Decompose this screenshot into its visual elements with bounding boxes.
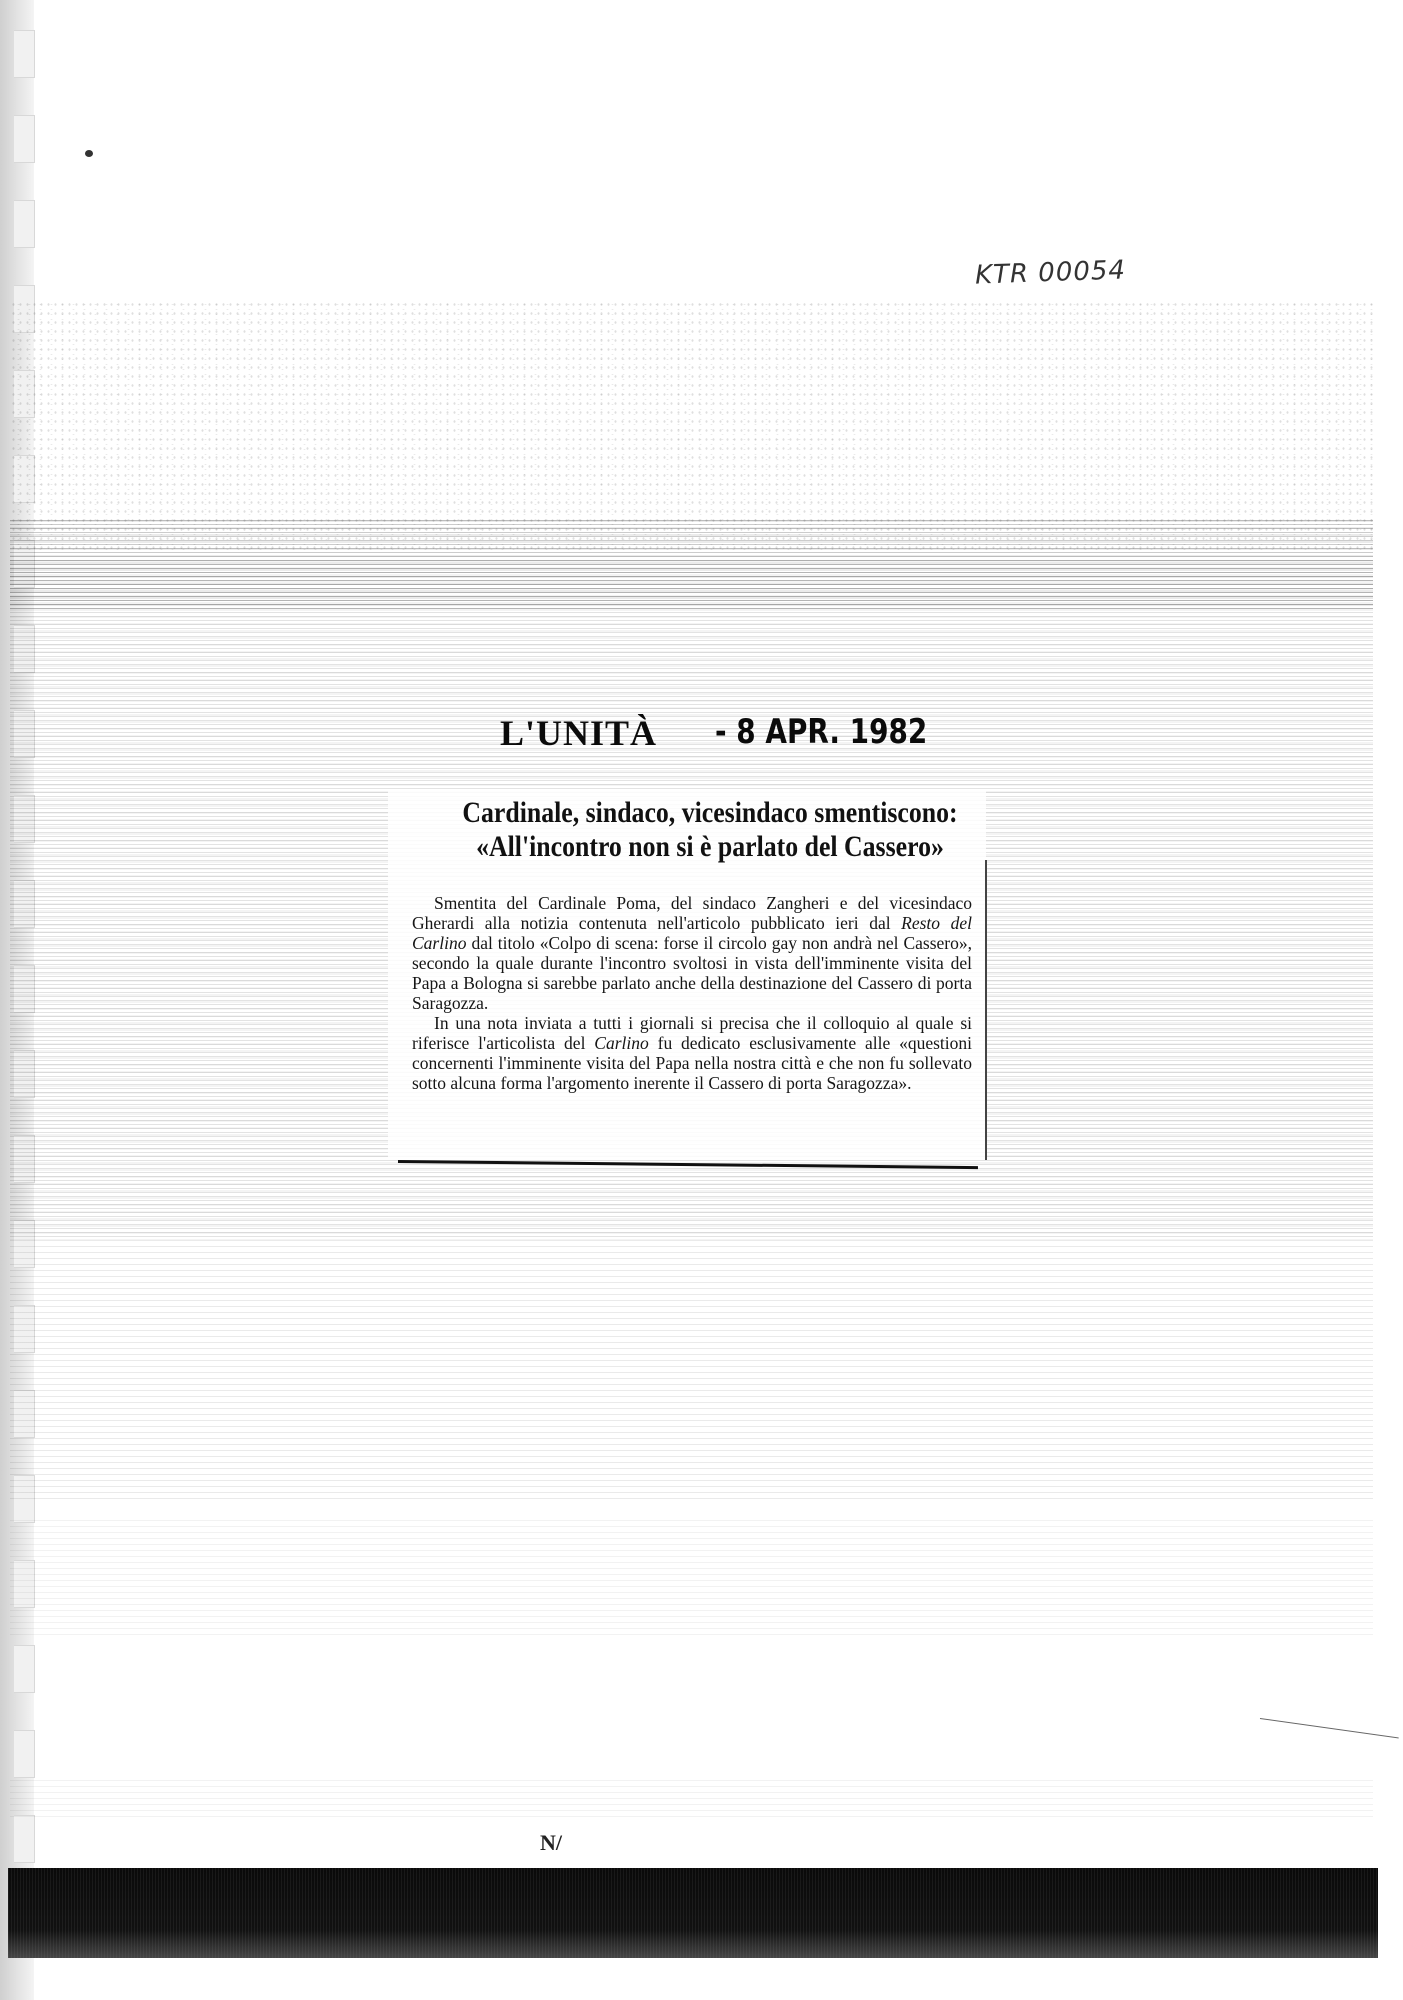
scan-noise bbox=[10, 300, 1373, 550]
article-headline: Cardinale, sindaco, vicesindaco smentisc… bbox=[461, 796, 960, 864]
headline-line-1: Cardinale, sindaco, vicesindaco smentisc… bbox=[461, 796, 960, 830]
binding-tab bbox=[14, 1815, 35, 1863]
column-rule bbox=[985, 860, 987, 1160]
newspaper-masthead: L'UNITÀ bbox=[500, 712, 657, 754]
article-body: Smentita del Cardinale Poma, del sindaco… bbox=[412, 893, 972, 1093]
italic-title: Carlino bbox=[594, 1033, 648, 1053]
paragraph-text: dal titolo «Colpo di scena: forse il cir… bbox=[412, 933, 972, 1013]
binding-tab bbox=[14, 200, 35, 248]
headline-line-2: «All'incontro non si è parlato del Casse… bbox=[461, 830, 960, 864]
binding-tab bbox=[14, 115, 35, 163]
archive-code: KTR 00054 bbox=[975, 255, 1127, 290]
scan-dark-band bbox=[8, 1868, 1378, 1958]
binding-tab bbox=[14, 1645, 35, 1693]
ink-dot bbox=[85, 150, 93, 157]
binding-tab bbox=[14, 30, 35, 78]
scan-noise-band bbox=[10, 1520, 1373, 1640]
article-paragraph: Smentita del Cardinale Poma, del sindaco… bbox=[412, 893, 972, 1013]
scan-noise-band bbox=[10, 1780, 1373, 1820]
paragraph-text: Smentita del Cardinale Poma, del sindaco… bbox=[412, 893, 972, 933]
date-stamp: - 8 APR. 1982 bbox=[715, 712, 927, 752]
page-mark: N/ bbox=[540, 1830, 562, 1856]
stray-pen-line bbox=[1260, 1718, 1399, 1738]
article-paragraph: In una nota inviata a tutti i giornali s… bbox=[412, 1013, 972, 1093]
scan-noise-band bbox=[10, 1240, 1373, 1500]
binding-tab bbox=[14, 1730, 35, 1778]
